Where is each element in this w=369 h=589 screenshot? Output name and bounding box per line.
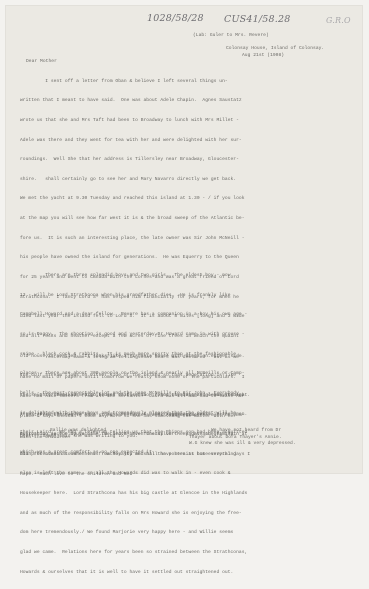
text-line: written that I meant to have said. One w…: [20, 98, 247, 105]
text-line: Adele was there and they went for tea wi…: [20, 138, 247, 145]
postscript-right-3: W.G knew she was ill & very depressed.: [189, 441, 296, 448]
text-line: roundings. Well She that her address is …: [20, 157, 247, 164]
text-line: at the map you will see how far west it …: [20, 216, 247, 223]
letter-heading: (Lab: Guler to Mrs. Revere): [193, 33, 269, 40]
archive-reference-2: CUS41/58.28: [224, 14, 290, 25]
text-line: There are three splendid boys and two gi…: [20, 273, 247, 280]
letter-page: 1028/58/28 CUS41/58.28 G.R.O (Lab: Guler…: [6, 6, 362, 473]
text-line: Yesterday came a telegram telling that S…: [20, 355, 245, 362]
text-line: Campbell Howard and a dear fellow. Rever…: [20, 312, 247, 319]
text-line: We met the yacht at 9.30 Tuesday and rea…: [20, 196, 247, 203]
text-line: Oban for London so when this reaches you…: [20, 452, 250, 459]
text-line: I sent off a letter from Oban & believe …: [20, 79, 247, 86]
text-line: hope. Much love to the children and Ned …: [20, 472, 250, 479]
text-line: A boat from Glasgow to Oban stops here t…: [20, 413, 250, 420]
text-line: fore us. It is such an interesting place…: [20, 236, 247, 243]
text-line: wrote us that she and Mrs Taft had been …: [20, 118, 247, 125]
postscript-left-2: with the children.: [20, 435, 71, 442]
text-line: It seems absurd to finish this so soon -…: [20, 393, 250, 400]
archive-reference-1: 1028/58/28: [147, 13, 204, 24]
text-line: so is Daggy. The shooting is good and ye…: [20, 332, 247, 339]
text-line: 13 - will be Lord Strathcona when his gr…: [20, 293, 247, 300]
text-line: shire. shall certainly go to see her and…: [20, 177, 247, 184]
closing-signature: Always Grace.: [166, 413, 203, 420]
address-line-2: Aug 21st (1908): [242, 53, 284, 60]
archive-reference-3: G.R.O: [326, 16, 351, 25]
